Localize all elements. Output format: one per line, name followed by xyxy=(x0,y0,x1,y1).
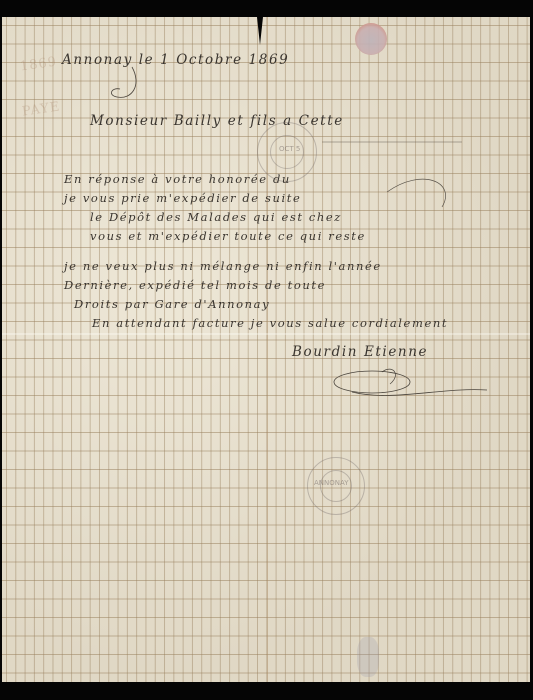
body-line: je vous prie m'expédier de suite xyxy=(64,191,301,205)
ghost-mark: 1869 xyxy=(19,54,58,74)
body-line: En réponse à votre honorée du xyxy=(64,172,291,186)
date-flourish xyxy=(102,65,172,105)
salutation: Monsieur Bailly et fils a Cette xyxy=(90,113,344,129)
signature-flourish xyxy=(332,362,492,412)
ghost-mark: PAYE xyxy=(21,99,61,119)
body-line: En attendant facture je vous salue cordi… xyxy=(92,316,448,330)
signature: Bourdin Etienne xyxy=(292,344,428,360)
body-line: Droits par Gare d'Annonay xyxy=(74,297,270,311)
postmark-text: OCT 5 xyxy=(279,145,300,153)
body-line: vous et m'expédier toute ce qui reste xyxy=(90,229,366,243)
postmark-text-center: ANNONAY xyxy=(314,479,349,487)
paper-tear xyxy=(257,17,263,45)
body-line: Dernière, expédié tel mois de toute xyxy=(64,278,326,292)
place-date: Annonay le 1 Octobre 1869 xyxy=(62,52,289,68)
body-line: le Dépôt des Malades qui est chez xyxy=(90,210,342,224)
horizontal-fold xyxy=(2,333,530,335)
letter-paper: 1869 PAYE Annonay le 1 Octobre 1869 Mons… xyxy=(2,17,530,682)
wax-seal xyxy=(355,23,387,55)
body-flourish xyxy=(382,167,462,217)
ink-smudge xyxy=(357,637,379,677)
body-line: je ne veux plus ni mélange ni enfin l'an… xyxy=(64,259,382,273)
salutation-underline xyxy=(322,137,472,147)
